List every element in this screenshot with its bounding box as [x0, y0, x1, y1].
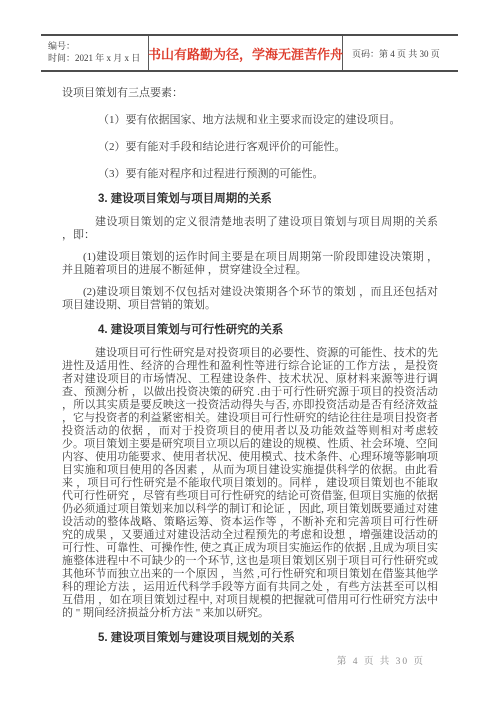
- list-item-2: （2）要有能对手段和结论进行客观评价的可能性。: [62, 141, 438, 154]
- doc-date-label: 时间：2021 年 x 月 x 日: [48, 53, 144, 65]
- document-page: { "colors": { "motto_red": "#dd3a2a", "b…: [0, 0, 500, 707]
- header-motto-cell: 书山有路勤为径，学海无涯苦作舟: [148, 36, 343, 70]
- section-5-heading: 5. 建设项目策划与建设项目规划的关系: [62, 630, 438, 646]
- section-3-paragraph-3: (2)建设项目策划不仅包括对建设决策期各个环节的策划 ，而且还包括对项目建设期、…: [62, 286, 438, 312]
- intro-line: 设项目策划有三点要素：: [62, 87, 438, 100]
- page-footer: 第 4 页 共 30 页: [62, 653, 438, 667]
- list-item-3: （3）要有能对程序和过程进行预测的可能性。: [62, 168, 438, 181]
- section-4-paragraph-1: 建设项目可行性研究是对投资项目的必要性、资源的可能性、技术的先进性及适用性、经济…: [62, 347, 438, 620]
- header-page-cell: 页码：第 4 页 共 30 页: [343, 36, 458, 70]
- document-content: 设项目策划有三点要素： （1）要有依据国家、地方法规和业主要求而设定的建设项目。…: [62, 87, 438, 646]
- section-3-paragraph-1: 建设项目策划的定义很清楚地表明了建设项目策划与项目周期的关系 ，即：: [62, 216, 438, 242]
- section-4-heading: 4. 建设项目策划与可行性研究的关系: [62, 322, 438, 338]
- motto-text: 书山有路勤为径，学海无涯苦作舟: [148, 44, 343, 63]
- section-3-heading: 3. 建设项目策划与项目周期的关系: [62, 191, 438, 207]
- section-3-paragraph-2: (1)建设项目策划的运作时间主要是在项目周期第一阶段即建设决策期 ，并且随着项目…: [62, 251, 438, 277]
- header-meta-cell: 编号： 时间：2021 年 x 月 x 日: [41, 36, 148, 70]
- header-page-info: 页码：第 4 页 共 30 页: [352, 47, 440, 60]
- doc-number-label: 编号：: [48, 41, 144, 53]
- header-table: 编号： 时间：2021 年 x 月 x 日 书山有路勤为径，学海无涯苦作舟 页码…: [41, 34, 458, 72]
- list-item-1: （1）要有依据国家、地方法规和业主要求而设定的建设项目。: [62, 114, 438, 127]
